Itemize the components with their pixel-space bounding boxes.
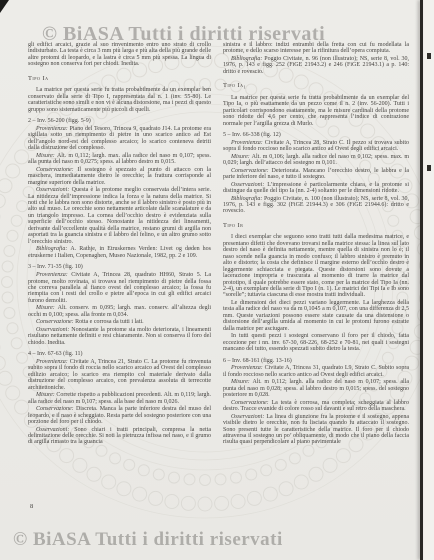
paragraph: I dieci exemplar che seguono sono tratti…: [223, 234, 409, 299]
paragraph-label: Conservazione:: [36, 406, 76, 412]
paragraph: Misure: Alt. conserv. m 0,095; largh. ma…: [28, 305, 211, 318]
paragraph-label: Misure:: [231, 379, 252, 385]
page-number: 8: [30, 503, 33, 510]
corner-mark: [0, 0, 9, 13]
paragraph-label: Conservazione:: [231, 400, 271, 406]
paragraph: La matrice per questa serie fu tratta pr…: [28, 87, 211, 113]
page-edge-margin: [423, 0, 434, 560]
book-page-scan: © BiASA Tutti i diritti riservati gli ed…: [0, 0, 434, 560]
paragraph-label: Provenienza:: [36, 359, 70, 365]
paragraph-label: Osservazioni:: [231, 182, 267, 188]
paragraph: Osservazioni: Questa è la protome meglio…: [28, 187, 211, 245]
paragraph-label: Conservazione:: [231, 168, 272, 174]
paragraph: Misure: Alt. m 0,106; largh. alla radice…: [223, 154, 409, 167]
paragraph: Conservazione: Il sostegno è spezzato al…: [28, 167, 211, 186]
paragraph: Osservazioni: La linea di giunzione fra …: [223, 414, 409, 446]
section-heading: Tipo Ia: [28, 76, 211, 82]
section-heading: Tipo Ib: [223, 223, 409, 229]
paragraph: Osservazioni: Sono chiari i tratti princ…: [28, 427, 211, 446]
paragraph: Conservazione: Discreta. Manca la parte …: [28, 406, 211, 425]
paragraph-label: Misure:: [36, 305, 58, 311]
watermark-bottom: © BiASA Tutti i diritti riservati: [13, 529, 283, 551]
paragraph: Provenienza: Civitate A, Trincea 31, qua…: [223, 365, 409, 378]
paragraph: Conservazione: La testa è corrosa, ma co…: [223, 400, 409, 413]
paragraph-label: Osservazioni:: [231, 414, 266, 420]
edge-tick: [427, 53, 431, 59]
catalog-entry-number: 3 – Inv. 71-35 (fig. 10): [28, 264, 211, 270]
paragraph-label: Osservazioni:: [36, 187, 72, 193]
paragraph-label: Conservazione:: [36, 167, 77, 173]
page-edge-line: [420, 0, 423, 560]
paragraph-label: Conservazione:: [36, 319, 75, 325]
paragraph-label: Provenienza:: [231, 365, 265, 371]
paragraph: Provenienza: Civitate A, Trincea 21, Str…: [28, 359, 211, 391]
paragraph-label: Misure:: [36, 153, 57, 159]
paragraph-label: Bibliografia:: [231, 56, 264, 62]
paragraph: Provenienza: Civitate A, Trincea 28, qua…: [28, 272, 211, 304]
paragraph: Le dimensioni dei dieci pezzi variano le…: [223, 300, 409, 332]
catalog-entry-number: 6 – Inv. 68-161 (figg. 13-16): [223, 358, 409, 364]
paragraph-label: Bibliografia:: [36, 246, 70, 252]
paragraph: sinistra e il labbro: indizi entrambi de…: [223, 42, 409, 55]
catalog-entry-number: 5 – Inv. 66-338 (fig. 12): [223, 132, 409, 138]
paragraph: Provenienza: Civitate A, Trincea 28, Str…: [223, 140, 409, 153]
paragraph: Misure: Alt. m 0,112; largh. alla radice…: [223, 379, 409, 398]
paragraph: Bibliografia: Poggio Civitate, n. 96 (no…: [223, 56, 409, 75]
paragraph-label: Bibliografia:: [231, 196, 264, 202]
paragraph-label: Provenienza:: [231, 140, 265, 146]
paragraph: Misure: Corrette rispetto a pubblicazion…: [28, 392, 211, 405]
paragraph: Conservazione: Rotta e corrosa da tutti …: [28, 319, 211, 325]
paragraph-label: Misure:: [36, 392, 56, 398]
paragraph: La matrice per questa serie fu tratta pr…: [223, 95, 409, 127]
paragraph: gli edifici arcaici, grazie al suo rinve…: [28, 42, 211, 68]
paragraph: Osservazioni: L’impressione è particolar…: [223, 182, 409, 195]
paragraph: Conservazione: Deteriorata. Mancano l’or…: [223, 168, 409, 181]
paragraph: Bibliografia: Poggio Civitate, n. 100 (n…: [223, 196, 409, 215]
paragraph: Osservazioni: Nonostante la protome sia …: [28, 327, 211, 346]
paragraph: Provenienza: Piano del Tesoro, Trincea 9…: [28, 126, 211, 152]
paragraph: Bibliografia: A. Rathje, in Etruskernes …: [28, 246, 211, 259]
text-column-right: sinistra e il labbro: indizi entrambi de…: [223, 42, 409, 447]
edge-tick: [427, 165, 431, 171]
paragraph-label: Provenienza:: [36, 126, 70, 132]
paragraph: In tutti questi pezzi i sostegni conserv…: [223, 333, 409, 352]
paragraph-label: Osservazioni:: [36, 327, 71, 333]
section-heading: Tipo Ia₁: [223, 83, 409, 89]
paragraph-label: Provenienza:: [36, 272, 71, 278]
paragraph-label: Osservazioni:: [36, 427, 74, 433]
paragraph: Misure: Alt. m 0,112; largh. max. alla r…: [28, 153, 211, 166]
text-column-left: gli edifici arcaici, grazie al suo rinve…: [28, 42, 211, 447]
catalog-entry-number: 2 – Inv. 56-200 (figg. 5-9): [28, 118, 211, 124]
paragraph-label: Misure:: [231, 154, 252, 160]
catalog-entry-number: 4 – Inv. 67-63 (fig. 11): [28, 351, 211, 357]
